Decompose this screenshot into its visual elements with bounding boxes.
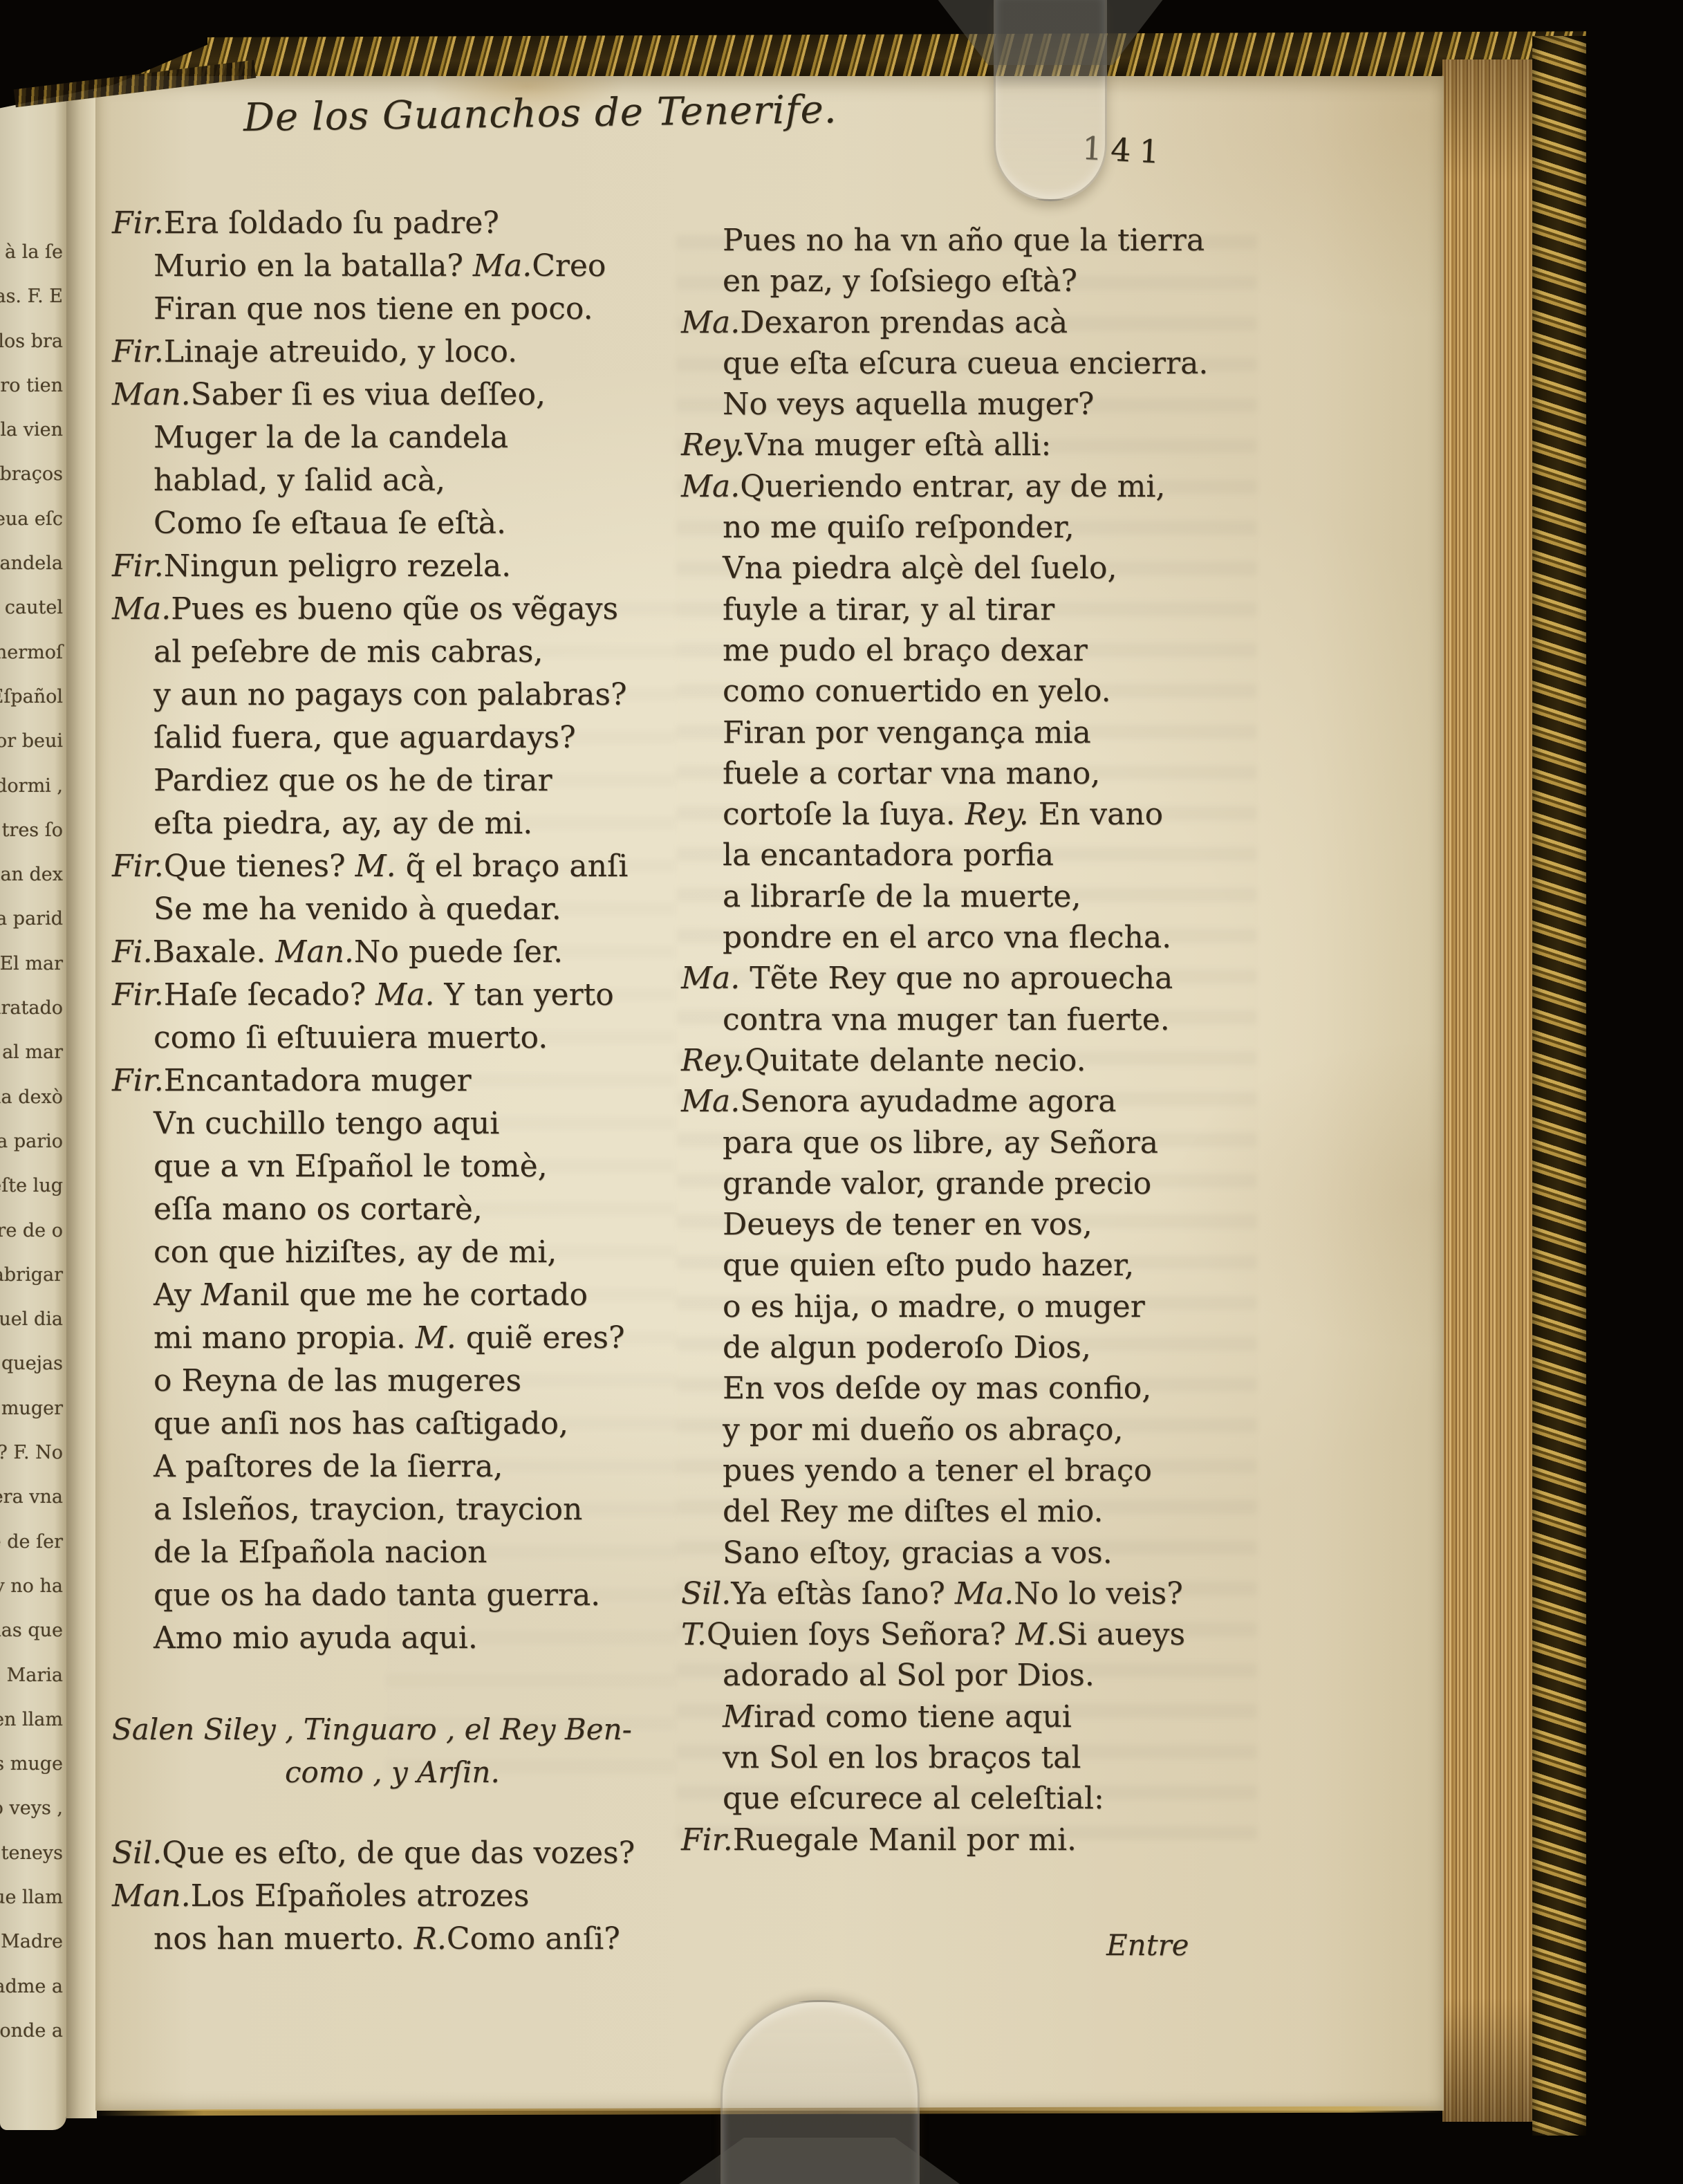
- verse-text: Haſe ſecado?: [164, 977, 375, 1012]
- verse-text: Tẽte Rey que no aprouecha: [740, 961, 1173, 996]
- verse-text: Que tienes?: [164, 849, 355, 884]
- gilt-binding-edge: [1532, 36, 1586, 2136]
- facing-page-text-fragment: que ha parid: [0, 897, 63, 941]
- verse-line: Fir.Haſe ſecado? Ma. Y tan yerto: [112, 974, 693, 1017]
- verse-line: Sil.Ya eſtàs ſano? Ma.No lo veis?: [681, 1573, 1276, 1614]
- verse-text: o Reyna de las mugeres: [154, 1363, 521, 1398]
- page-block-fore-edge: [1442, 59, 1534, 2122]
- speaker-label: Ma.: [681, 469, 740, 504]
- verse-text: Y tan yerto: [434, 977, 613, 1012]
- speaker-label: Fir.: [112, 1063, 164, 1098]
- verse-line: como conuertido en yelo.: [681, 671, 1276, 712]
- verse-text: Que es eſto, de que das vozes?: [162, 1835, 635, 1871]
- verse-text: Linaje atreuido, y loco.: [164, 334, 517, 369]
- verse-text: eſſa mano os cortarè,: [154, 1192, 483, 1227]
- facing-page-text-fragment: , y dormi: [0, 764, 63, 808]
- verse-text: anil que me he cortado: [232, 1277, 588, 1313]
- verse-text: Vna piedra alçè del ſuelo,: [723, 550, 1117, 586]
- verse-line: Sano eſtoy, gracias a vos.: [681, 1533, 1276, 1573]
- verse-text: pondre en el arco vna flecha.: [723, 920, 1171, 955]
- facing-page-fragments: rá à la ſeo, y mas. F. Ee en los brapaxa…: [0, 89, 66, 2053]
- verse-line: para que os libre, ay Señora: [681, 1122, 1276, 1163]
- facing-page-text-fragment: huyr al mar,: [0, 1030, 63, 1075]
- verse-text: Era ſoldado ſu padre?: [164, 205, 499, 241]
- verse-text: Pues es bueno qũe os vẽgays: [171, 591, 618, 627]
- facing-page-text-fragment: o, y mas. F. E: [0, 275, 63, 319]
- speaker-label: Rey.: [681, 1043, 745, 1078]
- facing-page-text-fragment: o en eſte lug: [0, 1164, 63, 1208]
- verse-line: En vos deſde oy mas confio,: [681, 1368, 1276, 1409]
- verse-line: Fir.Ruegale Manil por mi.: [681, 1820, 1276, 1860]
- verse-line: mi mano propia. M. quiẽ eres?: [112, 1317, 693, 1360]
- facing-page-text-fragment: ſſes Maria,: [0, 1654, 63, 1698]
- verse-text: hablad, y ſalid acà,: [154, 463, 445, 498]
- verse-line: Ma.Queriendo entrar, ay de mi,: [681, 466, 1276, 507]
- verse-line: no me quiſo reſponder,: [681, 507, 1276, 548]
- verse-text: Muger la de la candela: [154, 420, 508, 455]
- verse-text: Se me ha venido à quedar.: [154, 891, 561, 927]
- verse-line: Muger la de la candela: [112, 416, 693, 459]
- facing-page-text-fragment: uena muger: [0, 1387, 63, 1431]
- verse-line: Ay Manil que me he cortado: [112, 1274, 693, 1317]
- speaker-label: M.: [416, 1320, 456, 1355]
- verse-line: con que hiziſtes, ay de mi,: [112, 1231, 693, 1274]
- verse-text: Vna muger eſtà alli:: [745, 427, 1051, 463]
- verse-text: Ruegale Manil por mi.: [733, 1822, 1077, 1858]
- verse-text: Quien ſoys Señora?: [707, 1617, 1016, 1652]
- verse-text: Los Eſpañoles atrozes: [191, 1878, 530, 1914]
- facing-page-text-fragment: fuera vna: [0, 1475, 63, 1519]
- facing-page-text-fragment: e aquel dia: [0, 1297, 63, 1342]
- verse-line: Fir.Era ſoldado ſu padre?: [112, 202, 693, 245]
- facing-page-text-fragment: le, mas que: [0, 1609, 63, 1653]
- verse-text: contra vna muger tan fuerte.: [723, 1002, 1170, 1037]
- speaker-label: R.: [414, 1921, 447, 1956]
- verse-line: contra vna muger tan fuerte.: [681, 999, 1276, 1040]
- verse-line: Firan por vengança mia: [681, 712, 1276, 753]
- facing-page-text-fragment: e ſebre de o: [0, 1209, 63, 1253]
- verse-line: grande valor, grande precio: [681, 1163, 1276, 1204]
- verse-line: Fi.Baxale. Man.No puede ſer.: [112, 931, 693, 974]
- verse-line: que eſcurece al celeſtial:: [681, 1778, 1276, 1819]
- verse-line: Amo mio ayuda aqui.: [112, 1617, 693, 1660]
- verse-text: No veys aquella muger?: [723, 387, 1094, 422]
- facing-page-text-fragment: te la dexò.: [0, 1075, 63, 1120]
- verse-line: Rey.Quitate delante necio.: [681, 1040, 1276, 1081]
- verse-line: que eſta eſcura cueua encierra.: [681, 343, 1276, 384]
- verse-line: Fir.Linaje atreuido, y loco.: [112, 331, 693, 373]
- verse-line: Pardiez que os he de tirar: [112, 759, 693, 802]
- verse-text: al peſebre de mis cabras,: [154, 634, 543, 669]
- facing-page-text-fragment: uda pario,: [0, 1120, 63, 1164]
- verse-text: Ay: [154, 1277, 201, 1313]
- verse-line: Ma. Tẽte Rey que no aprouecha: [681, 958, 1276, 999]
- verse-text: Senora ayudadme agora: [740, 1084, 1116, 1119]
- speaker-label: Fir.: [112, 548, 164, 584]
- speaker-label: Man.: [112, 1878, 191, 1914]
- verse-line: pondre en el arco vna flecha.: [681, 917, 1276, 958]
- speaker-label: Man.: [275, 934, 354, 970]
- verse-line: del Rey me diſtes el mio.: [681, 1491, 1276, 1532]
- verse-text: No puede ſer.: [354, 934, 563, 970]
- verse-line: fuele a cortar vna mano,: [681, 753, 1276, 794]
- verse-line: y aun no pagays con palabras?: [112, 674, 693, 716]
- verse-line: Vn cuchillo tengo aqui: [112, 1102, 693, 1145]
- speaker-label: Ma.: [955, 1576, 1014, 1611]
- verse-line: hablad, y ſalid acà,: [112, 459, 693, 502]
- speaker-label: Man.: [112, 377, 191, 412]
- speaker-label: Ma.: [681, 305, 740, 340]
- verse-text: Baxale.: [153, 934, 276, 970]
- verse-text: En vos deſde oy mas confio,: [723, 1371, 1151, 1406]
- verse-text: Como ſe eſtaua ſe eſtà.: [154, 506, 506, 541]
- right-text-column: Pues no ha vn año que la tierraen paz, y…: [681, 220, 1276, 1860]
- verse-text: Como anſi?: [447, 1921, 620, 1956]
- verse-text: Vn cuchillo tengo aqui: [154, 1106, 499, 1141]
- verse-line: eſta piedra, ay, ay de mi.: [112, 802, 693, 845]
- verse-line: a Isleños, traycion, traycion: [112, 1488, 693, 1531]
- verse-text: y por mi dueño os abraço,: [723, 1412, 1124, 1447]
- catchword: Entre: [1106, 1928, 1189, 1962]
- verse-text: para que os libre, ay Señora: [723, 1125, 1158, 1160]
- verse-line: Rey.Vna muger eſtà alli:: [681, 425, 1276, 465]
- verse-line: cortoſe la ſuya. Rey. En vano: [681, 794, 1276, 835]
- speaker-label: Fir.: [112, 205, 164, 241]
- speaker-label: Rey.: [681, 427, 745, 463]
- facing-page-text-fragment: ola Madre: [0, 1920, 63, 1964]
- verse-line: en paz, y ſoſsiego eſtà?: [681, 261, 1276, 302]
- verse-text: de algun poderoſo Dios,: [723, 1330, 1091, 1365]
- verse-text: que a vn Eſpañol le tomè,: [154, 1149, 548, 1184]
- facing-page-text-fragment: deue de ſer,: [0, 1520, 63, 1564]
- page-holder-tab-bottom: [720, 2000, 920, 2184]
- facing-page-text-fragment: e ſe han dex: [0, 853, 63, 897]
- verse-text: como conuertido en yelo.: [723, 674, 1111, 709]
- verse-line: a librarſe de la muerte,: [681, 876, 1276, 917]
- verse-text: Si aueys: [1057, 1617, 1185, 1652]
- verse-line: como ſi eſtuuiera muerto.: [112, 1017, 693, 1059]
- verse-text: fuele a cortar vna mano,: [723, 756, 1100, 791]
- verse-line: eſſa mano os cortarè,: [112, 1188, 693, 1231]
- verse-line: T.Quien ſoys Señora? M.Si aueys: [681, 1614, 1276, 1655]
- verse-text: No lo veis?: [1014, 1576, 1183, 1611]
- verse-line: vn Sol en los braços tal: [681, 1737, 1276, 1778]
- facing-page-text-fragment: es Eſpañol: [0, 675, 63, 719]
- verse-text: irad como tiene aqui: [754, 1699, 1072, 1734]
- verse-text: mi mano propia.: [154, 1320, 416, 1355]
- facing-page-strip: rá à la ſeo, y mas. F. Ee en los brapaxa…: [0, 89, 66, 2130]
- facing-page-text-fragment: cho abrigar: [0, 1253, 63, 1297]
- verse-text: que os ha dado tanta guerra.: [154, 1577, 600, 1613]
- verse-text: que quien eſto pudo hazer,: [723, 1248, 1134, 1283]
- verse-line: al peſebre de mis cabras,: [112, 631, 693, 674]
- speaker-label: Fir.: [112, 977, 164, 1012]
- facing-page-text-fragment: ger, y no ha: [0, 1564, 63, 1609]
- facing-page-text-fragment: guna cautel: [0, 586, 63, 630]
- verse-text: con que hiziſtes, ay de mi,: [154, 1234, 557, 1270]
- verse-line: Man.Saber ſi es viua deſſeo,: [112, 373, 693, 416]
- verse-text: grande valor, grande precio: [723, 1166, 1151, 1201]
- verse-line: Ma.Dexaron prendas acà: [681, 302, 1276, 343]
- verse-text: me pudo el braço dexar: [723, 633, 1088, 668]
- verse-line: me pudo el braço dexar: [681, 630, 1276, 671]
- facing-page-text-fragment: habladme a: [0, 1965, 63, 2009]
- verse-line: de la Eſpañola nacion: [112, 1531, 693, 1574]
- stage-direction-line: Salen Siley , Tinguaro , el Rey Ben-: [112, 1708, 693, 1751]
- facing-page-text-fragment: à que teneys: [0, 1831, 63, 1876]
- facing-page-text-fragment: reſponde a: [0, 2009, 63, 2053]
- verse-text: Encantadora muger: [164, 1063, 472, 1098]
- verse-line: adorado al Sol por Dios.: [681, 1655, 1276, 1696]
- facing-page-text-fragment: F. Que llam: [0, 1876, 63, 1920]
- verse-line: o Reyna de las mugeres: [112, 1360, 693, 1403]
- facing-page-text-fragment: s abraços,: [0, 452, 63, 497]
- verse-line: Ma.Pues es bueno qũe os vẽgays: [112, 588, 693, 631]
- verse-line: Como ſe eſtaua ſe eſtà.: [112, 502, 693, 545]
- facing-page-text-fragment: , ola no veys: [0, 1786, 63, 1831]
- verse-line: Vna piedra alçè del ſuelo,: [681, 548, 1276, 589]
- verse-text: de la Eſpañola nacion: [154, 1535, 487, 1570]
- facing-page-text-fragment: la cueua eſc: [0, 497, 63, 542]
- speaker-label: M: [723, 1699, 754, 1734]
- facing-page-text-fragment: ſuelen llam: [0, 1698, 63, 1742]
- left-text-column: Fir.Era ſoldado ſu padre?Murio en la bat…: [112, 202, 693, 1961]
- column-gap: [112, 1660, 119, 1708]
- verse-text: a librarſe de la muerte,: [723, 879, 1081, 914]
- verse-text: quiẽ eres?: [456, 1320, 625, 1355]
- verse-line: que quien eſto pudo hazer,: [681, 1245, 1276, 1286]
- facing-page-text-fragment: e en los bra: [0, 320, 63, 364]
- verse-text: del Rey me diſtes el mio.: [723, 1494, 1103, 1529]
- verse-line: y por mi dueño os abraço,: [681, 1409, 1276, 1450]
- verse-line: Murio en la batalla? Ma.Creo: [112, 245, 693, 288]
- speaker-label: Salen Siley , Tinguaro , el Rey Ben-: [112, 1712, 632, 1746]
- speaker-label: Ma.: [681, 1084, 740, 1119]
- running-title: De los Guanchos de Tenerife.: [243, 87, 837, 140]
- speaker-label: Fir.: [681, 1822, 733, 1858]
- verse-line: o es hija, o madre, o muger: [681, 1286, 1276, 1327]
- verse-text: vn Sol en los braços tal: [723, 1740, 1081, 1775]
- verse-text: fuyle a tirar, y al tirar: [723, 592, 1054, 627]
- verse-text: q̃ el braço anſi: [396, 849, 629, 884]
- facing-page-text-fragment: ndela vien: [0, 408, 63, 452]
- facing-page-text-fragment: ar ſus quejas: [0, 1342, 63, 1386]
- speaker-label: Sil.: [681, 1576, 731, 1611]
- verse-text: como ſi eſtuuiera muerto.: [154, 1020, 548, 1055]
- verse-text: y aun no pagays con palabras?: [154, 677, 627, 712]
- speaker-label: como , y Arſin.: [285, 1755, 500, 1789]
- facing-page-text-fragment: eron tres ſo: [0, 808, 63, 853]
- verse-text: eſta piedra, ay, ay de mi.: [154, 806, 532, 841]
- verse-text: Ya eſtàs ſano?: [731, 1576, 955, 1611]
- column-gap: [112, 1794, 119, 1832]
- speaker-label: Ma.: [112, 591, 171, 627]
- verse-text: en paz, y ſoſsiego eſtà?: [723, 263, 1077, 299]
- verse-text: adorado al Sol por Dios.: [723, 1658, 1095, 1693]
- verse-text: A paſtores de la ſierra,: [154, 1449, 503, 1484]
- verse-text: nos han muerto.: [154, 1921, 414, 1956]
- verse-text: Queriendo entrar, ay de mi,: [740, 469, 1165, 504]
- speaker-label: Fir.: [112, 849, 164, 884]
- verse-text: pues yendo a tener el braço: [723, 1453, 1152, 1488]
- verse-text: Murio en la batalla?: [154, 248, 473, 284]
- verse-line: Pues no ha vn año que la tierra: [681, 220, 1276, 261]
- facing-page-text-fragment: a. Fir. El mar: [0, 942, 63, 986]
- verse-text: Ningun peligro rezela.: [164, 548, 511, 584]
- verse-line: Deueys de tener en vos,: [681, 1204, 1276, 1245]
- facing-page-text-fragment: aña ſus muge: [0, 1742, 63, 1786]
- speaker-label: Fir.: [112, 334, 164, 369]
- gutter-shadow: [66, 82, 97, 2118]
- verse-text: Deueys de tener en vos,: [723, 1207, 1092, 1242]
- verse-line: Firan que nos tiene en poco.: [112, 288, 693, 331]
- verse-line: No veys aquella muger?: [681, 384, 1276, 425]
- verse-text: Amo mio ayuda aqui.: [154, 1620, 478, 1656]
- facing-page-text-fragment: a candela.: [0, 542, 63, 586]
- verse-line: Mirad como tiene aqui: [681, 1696, 1276, 1737]
- verse-line: Man.Los Eſpañoles atrozes: [112, 1875, 693, 1918]
- speaker-label: Fi.: [112, 934, 153, 970]
- verse-line: pues yendo a tener el braço: [681, 1450, 1276, 1491]
- speaker-label: Sil.: [112, 1835, 162, 1871]
- speaker-label: M: [201, 1277, 232, 1313]
- verse-line: la encantadora porfia: [681, 835, 1276, 876]
- verse-line: de algun poderoſo Dios,: [681, 1327, 1276, 1368]
- verse-line: que a vn Eſpañol le tomè,: [112, 1145, 693, 1188]
- verse-line: que os ha dado tanta guerra.: [112, 1574, 693, 1617]
- verse-line: fuyle a tirar, y al tirar: [681, 589, 1276, 630]
- facing-page-text-fragment: uger? F. No: [0, 1431, 63, 1475]
- verse-line: A paſtores de la ſierra,: [112, 1445, 693, 1488]
- verse-line: Ma.Senora ayudadme agora: [681, 1081, 1276, 1122]
- facing-page-text-fragment: rá à la ſe: [0, 230, 63, 275]
- verse-line: Fir.Ningun peligro rezela.: [112, 545, 693, 588]
- verse-text: no me quiſo reſponder,: [723, 510, 1075, 545]
- facing-page-text-fragment: or beui: [0, 719, 63, 764]
- verse-line: Sil.Que es eſto, de que das vozes?: [112, 1832, 693, 1875]
- book-scan: rá à la ſeo, y mas. F. Ee en los brapaxa…: [0, 0, 1683, 2184]
- speaker-label: Rey.: [965, 797, 1029, 832]
- verse-line: que anſi nos has caſtigado,: [112, 1403, 693, 1445]
- facing-page-text-fragment: esbaratado: [0, 986, 63, 1030]
- verse-text: Pues no ha vn año que la tierra: [723, 223, 1205, 258]
- verse-text: que eſcurece al celeſtial:: [723, 1781, 1104, 1816]
- verse-text: que eſta eſcura cueua encierra.: [723, 346, 1208, 381]
- verse-line: nos han muerto. R.Como anſi?: [112, 1918, 693, 1961]
- speaker-label: Ma.: [473, 248, 532, 284]
- verse-text: que anſi nos has caſtigado,: [154, 1406, 568, 1441]
- verse-line: ſalid fuera, que aguardays?: [112, 716, 693, 759]
- verse-text: Sano eſtoy, gracias a vos.: [723, 1535, 1113, 1571]
- verse-text: Pardiez que os he de tirar: [154, 763, 552, 798]
- verse-line: Fir.Que tienes? M. q̃ el braço anſi: [112, 845, 693, 888]
- page-holder-tab-top: [994, 0, 1107, 201]
- facing-page-text-fragment: paxaro tien: [0, 364, 63, 408]
- verse-text: Firan por vengança mia: [723, 715, 1091, 750]
- verse-text: Firan que nos tiene en poco.: [154, 291, 593, 326]
- facing-page-text-fragment: tanta hermoſ: [0, 631, 63, 675]
- verse-text: Quitate delante necio.: [745, 1043, 1086, 1078]
- verse-text: a Isleños, traycion, traycion: [154, 1492, 582, 1527]
- verse-line: Fir.Encantadora muger: [112, 1059, 693, 1102]
- speaker-label: Ma.: [681, 961, 740, 996]
- verse-text: la encantadora porfia: [723, 837, 1054, 873]
- verse-text: En vano: [1029, 797, 1163, 832]
- stage-direction-line: como , y Arſin.: [112, 1751, 693, 1794]
- speaker-label: T.: [681, 1617, 707, 1652]
- verse-text: Creo: [532, 248, 606, 284]
- speaker-label: Ma.: [375, 977, 434, 1012]
- speaker-label: M.: [1016, 1617, 1057, 1652]
- verse-text: ſalid fuera, que aguardays?: [154, 720, 576, 755]
- verse-text: Saber ſi es viua deſſeo,: [191, 377, 546, 412]
- speaker-label: M.: [355, 849, 396, 884]
- verse-text: o es hija, o madre, o muger: [723, 1289, 1145, 1324]
- verse-text: Dexaron prendas acà: [740, 305, 1068, 340]
- verse-text: cortoſe la ſuya.: [723, 797, 965, 832]
- book-page: De los Guanchos de Tenerife. 141 Fir.Era…: [95, 76, 1444, 2111]
- verse-line: Se me ha venido à quedar.: [112, 888, 693, 931]
